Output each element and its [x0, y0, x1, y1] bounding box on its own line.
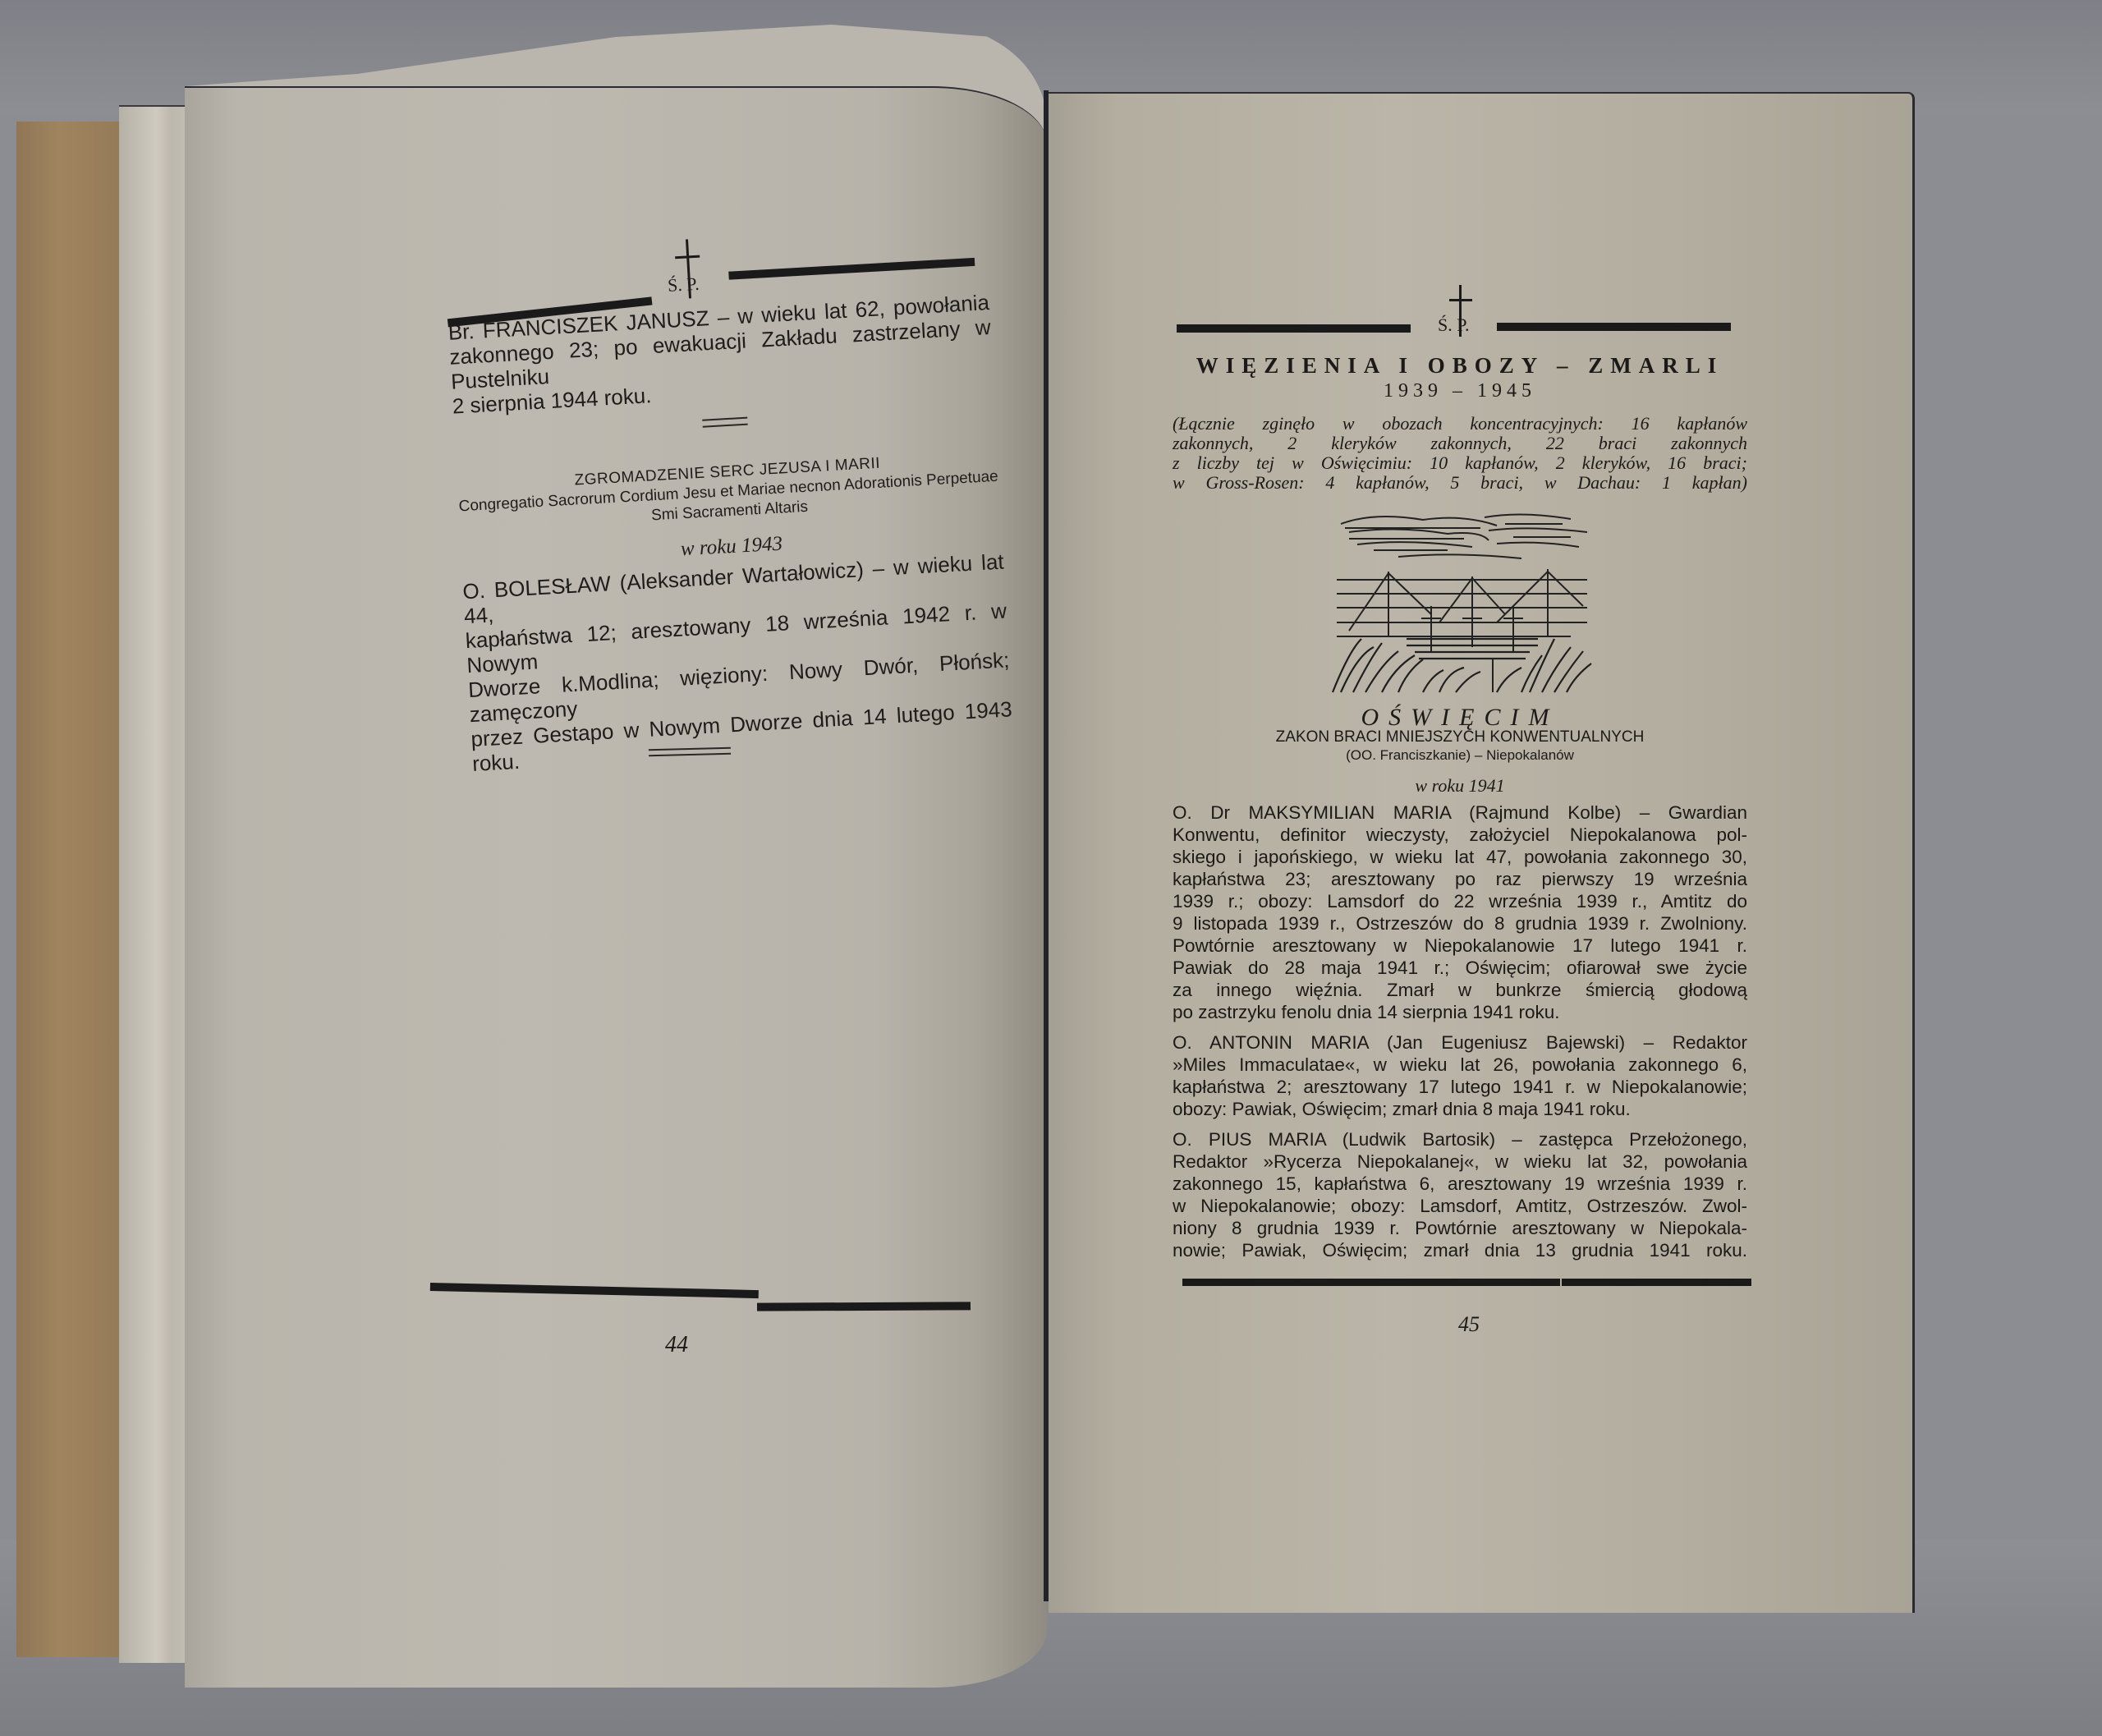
summary-note: (Łącznie zginęło w obozach koncentracyjn… [1173, 414, 1747, 493]
entry-boleslaw: O. BOLESŁAW (Aleksander Wartałowicz) – w… [462, 549, 1014, 776]
entry-line: niony 8 grudnia 1939 r. Powtórnie areszt… [1173, 1217, 1747, 1239]
entry-line: po zastrzyku fenolu dnia 14 sierpnia 194… [1173, 1001, 1747, 1023]
year-heading: w roku 1941 [1173, 774, 1747, 797]
entry-line: 9 listopada 1939 r., Ostrzeszów do 8 gru… [1173, 912, 1747, 935]
entry-line: Pawiak do 28 maja 1941 r.; Oświęcim; ofi… [1173, 957, 1747, 979]
entry-maksymilian-kolbe: O. Dr MAKSYMILIAN MARIA (Rajmund Kolbe) … [1173, 801, 1747, 1023]
camp-fence-illustration [1324, 507, 1595, 696]
summary-line: zakonnych, 2 kleryków zakonnych, 22 brac… [1173, 434, 1747, 453]
entry-pius-bartosik: O. PIUS MARIA (Ludwik Bartosik) – zastęp… [1173, 1128, 1747, 1261]
entry-antonin-bajewski: O. ANTONIN MARIA (Jan Eugeniusz Bajewski… [1173, 1031, 1747, 1120]
footer-rule [1182, 1279, 1751, 1286]
header-rule-right [1497, 323, 1731, 331]
header-rule-left [1177, 324, 1411, 333]
entry-line: Powtórnie aresztowany w Niepokalanowie 1… [1173, 935, 1747, 957]
sp-mark: Ś. P. [1438, 314, 1470, 336]
entry-line: O. Dr MAKSYMILIAN MARIA (Rajmund Kolbe) … [1173, 801, 1747, 824]
entry-line: za innego więźnia. Zmarł w bunkrze śmier… [1173, 979, 1747, 1001]
footer-rule-gap [1560, 1279, 1562, 1286]
cross-icon-bar [1449, 299, 1472, 301]
camp-title: OŚWIĘCIM [1173, 706, 1747, 728]
entry-line: zakonnego 15, kapłaństwa 6, aresztowany … [1173, 1173, 1747, 1195]
entry-line: 1939 r.; obozy: Lamsdorf do 22 września … [1173, 890, 1747, 912]
header-rule-right [728, 258, 975, 280]
order-name: ZAKON BRACI MNIEJSZYCH KONWENTUALNYCH [1173, 728, 1747, 746]
entry-line: O. PIUS MARIA (Ludwik Bartosik) – zastęp… [1173, 1128, 1747, 1150]
entry-line: Konwentu, definitor wieczysty, założycie… [1173, 824, 1747, 846]
entry-line: Redaktor »Rycerza Niepokalanej«, w wieku… [1173, 1150, 1747, 1173]
entry-line: »Miles Immaculatae«, w wieku lat 26, pow… [1173, 1054, 1747, 1076]
page-stack-edge [119, 105, 193, 1663]
summary-line: (Łącznie zginęło w obozach koncentracyjn… [1173, 414, 1747, 434]
entry-line: obozy: Pawiak, Oświęcim; zmarł dnia 8 ma… [1173, 1098, 1747, 1120]
summary-line: z liczby tej w Oświęcimiu: 10 kapłanów, … [1173, 453, 1747, 473]
entry-line: w Niepokalanowie; obozy: Lamsdorf, Amtit… [1173, 1195, 1747, 1217]
order-subtitle: (OO. Franciszkanie) – Niepokalanów [1173, 746, 1747, 765]
right-page-content: Ś. P. WIĘZIENIA I OBOZY – ZMARLI 1939 – … [1173, 279, 1747, 1270]
footer-rule [757, 1302, 971, 1311]
sp-mark: Ś. P. [667, 272, 700, 298]
entry-line: kapłaństwa 23; aresztowany po raz pierws… [1173, 868, 1747, 890]
left-page-content: Ś. P. Br. FRANCISZEK JANUSZ – w wieku la… [443, 216, 1014, 776]
section-divider [702, 417, 747, 428]
page-title: WIĘZIENIA I OBOZY – ZMARLI [1173, 355, 1747, 377]
book-cover-edge [16, 122, 123, 1657]
page-number-right: 45 [1458, 1312, 1480, 1337]
summary-line: w Gross-Rosen: 4 kapłanów, 5 braci, w Da… [1173, 473, 1747, 493]
entry-line: skiego i japońskiego, w wieku lat 47, po… [1173, 846, 1747, 868]
years-range: 1939 – 1945 [1173, 380, 1747, 402]
sp-header: Ś. P. [1173, 279, 1747, 337]
book-gutter [1044, 90, 1049, 1601]
page-number-left: 44 [665, 1332, 688, 1358]
entry-line: nowie; Pawiak, Oświęcim; zmarł dnia 13 g… [1173, 1239, 1747, 1261]
entry-line: O. ANTONIN MARIA (Jan Eugeniusz Bajewski… [1173, 1031, 1747, 1054]
entry-line: kapłaństwa 2; aresztowany 17 lutego 1941… [1173, 1076, 1747, 1098]
